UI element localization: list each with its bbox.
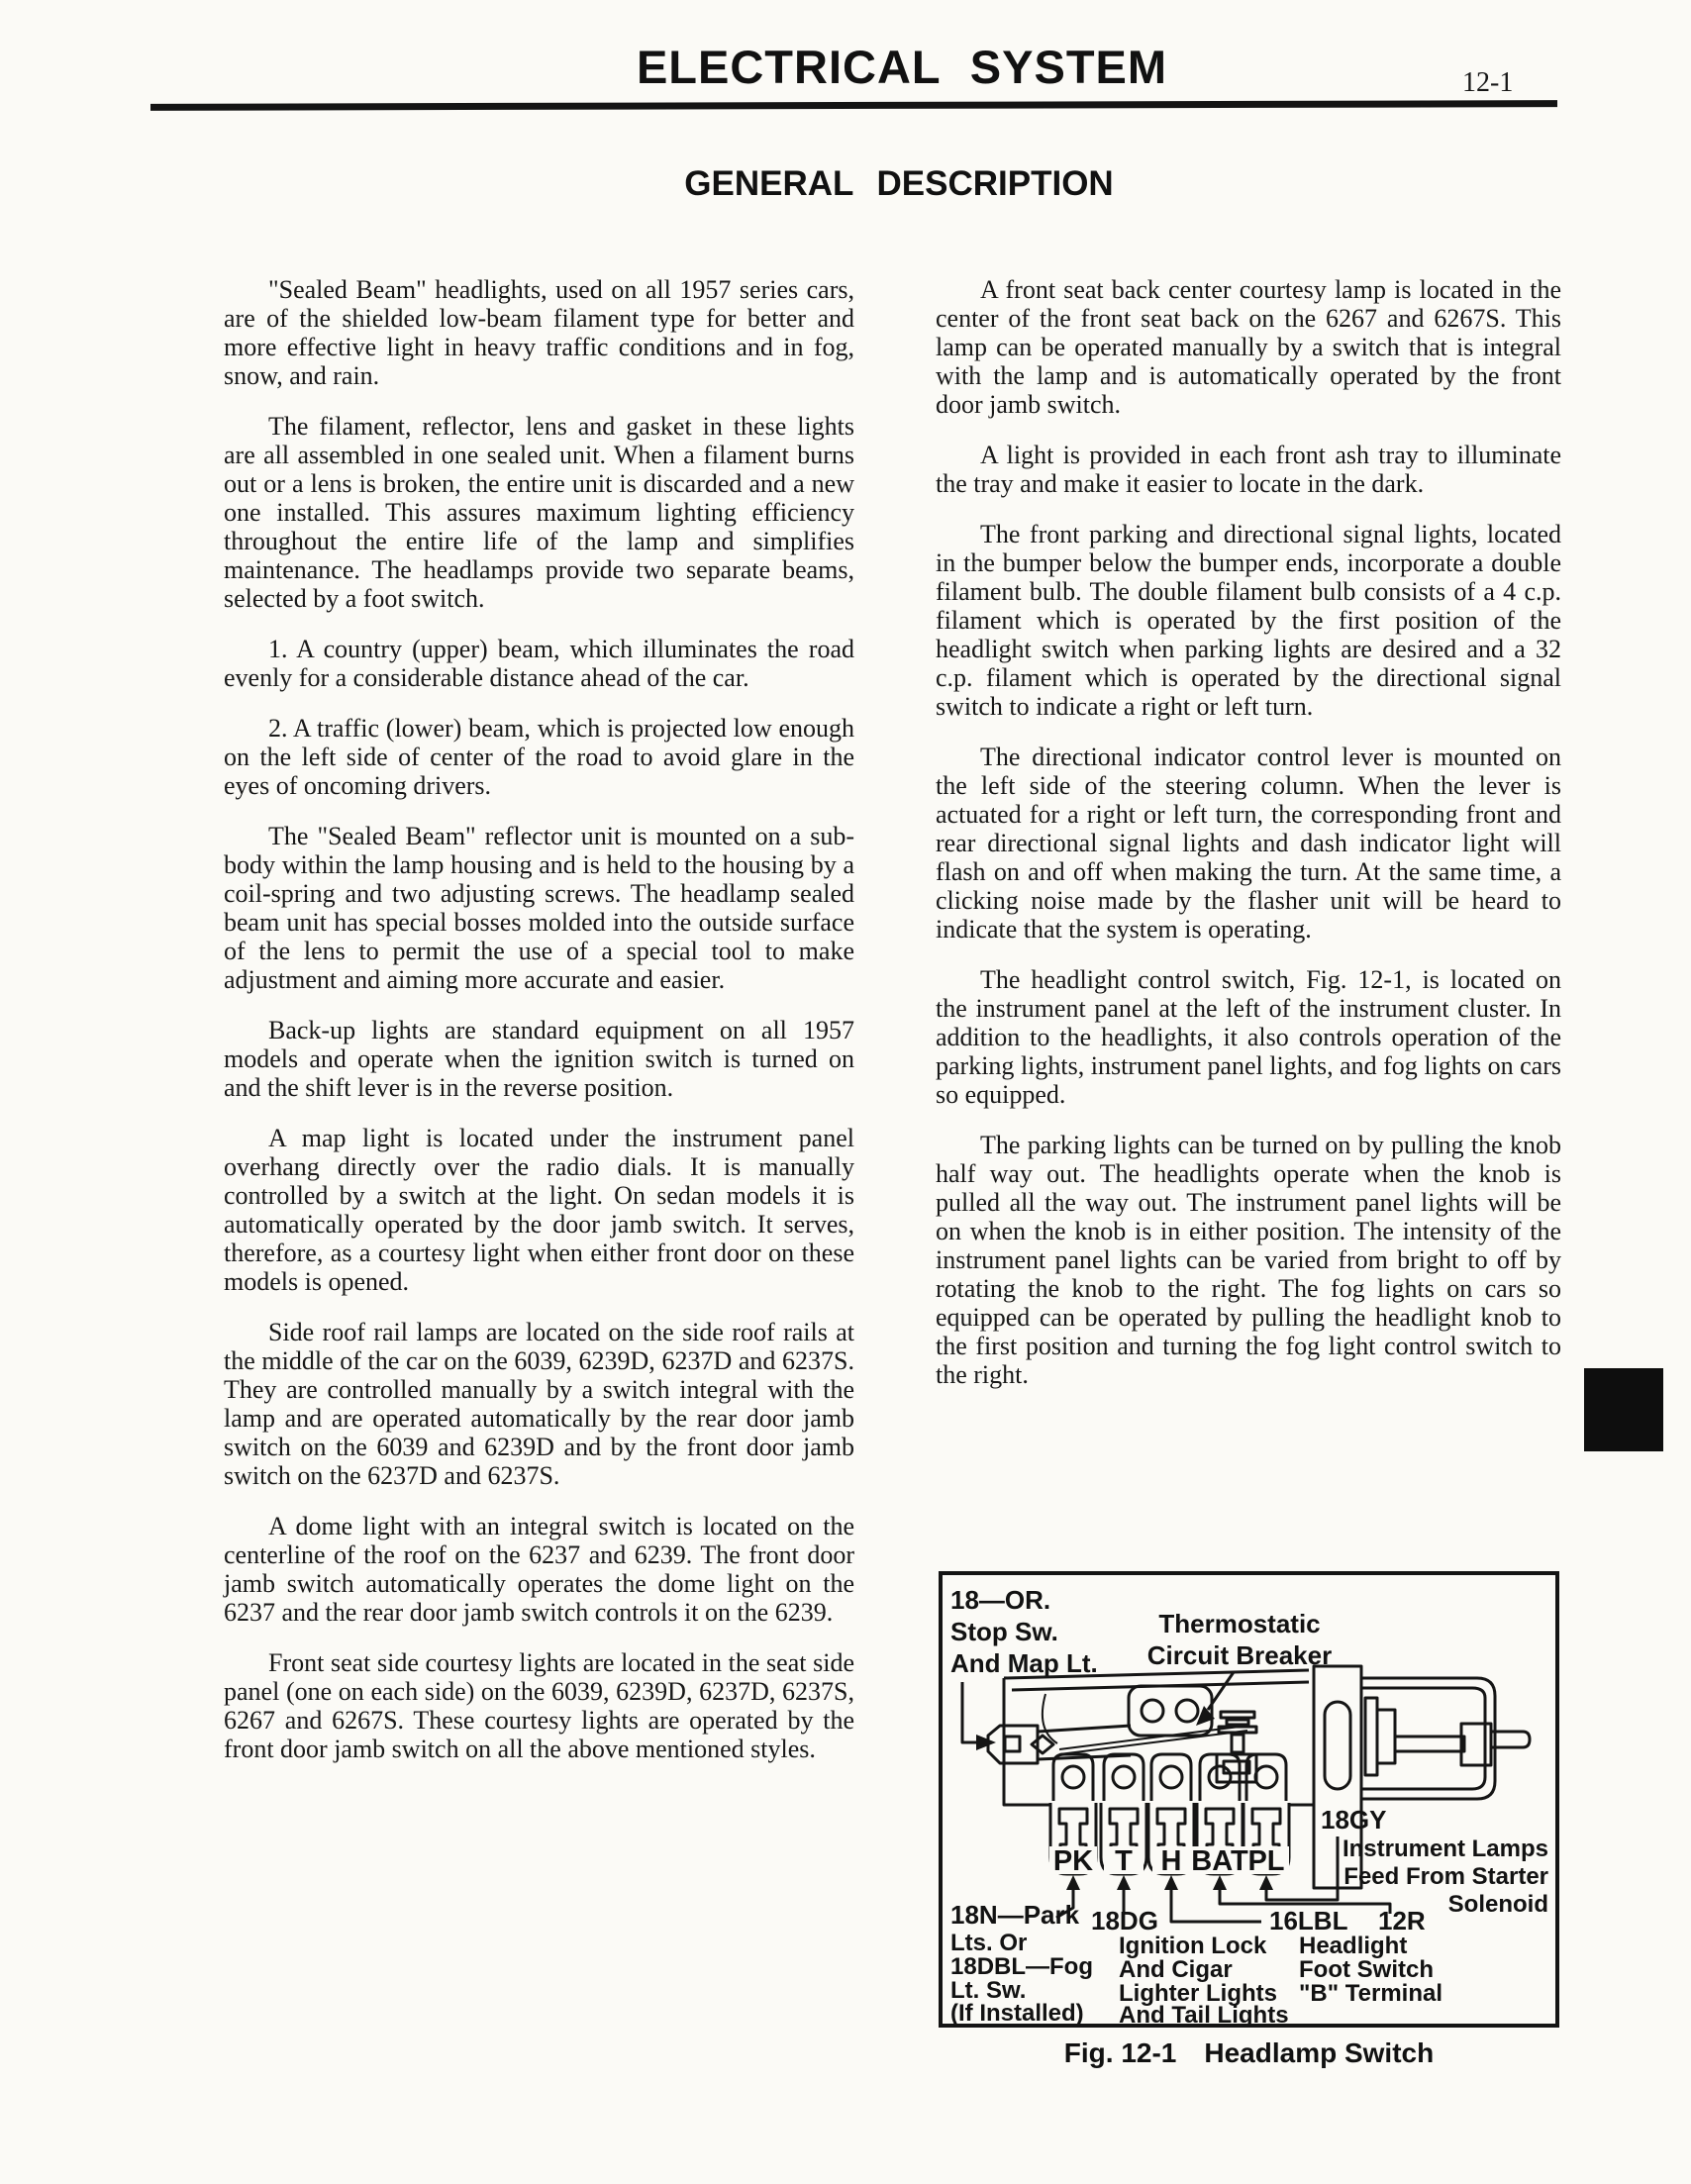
label-lts-or: Lts. Or xyxy=(950,1930,1027,1956)
label-thermostatic: Thermostatic xyxy=(1158,1609,1320,1638)
figure-caption-number: Fig. 12-1 xyxy=(1064,2037,1177,2068)
actuator-bar-top xyxy=(1038,1726,1131,1732)
label-feed-from-starter: Feed From Starter xyxy=(1343,1863,1548,1890)
label-circuit-breaker: Circuit Breaker xyxy=(1147,1640,1332,1670)
paragraph: "Sealed Beam" headlights, used on all 19… xyxy=(224,275,854,390)
paragraph: A front seat back center courtesy lamp i… xyxy=(936,275,1561,419)
bat-arrowhead xyxy=(1213,1875,1227,1890)
label-stop-sw: Stop Sw. xyxy=(950,1617,1058,1646)
label-map-lt: And Map Lt. xyxy=(950,1648,1098,1678)
paragraph: Front seat side courtesy lights are loca… xyxy=(224,1648,854,1763)
pl-arrowhead xyxy=(1259,1875,1273,1890)
paragraph: The "Sealed Beam" reflector unit is moun… xyxy=(224,822,854,994)
label-foot-switch: Foot Switch xyxy=(1299,1956,1434,1983)
breaker-disc xyxy=(1219,1727,1256,1733)
terminal-label-h: H xyxy=(1161,1845,1182,1877)
page-number: 12-1 xyxy=(1462,67,1513,99)
label-wire-or: 18—OR. xyxy=(950,1585,1050,1615)
label-headlight: Headlight xyxy=(1299,1933,1407,1959)
paragraph: The parking lights can be turned on by p… xyxy=(936,1131,1561,1389)
switch-case-outer xyxy=(1361,1678,1495,1799)
right-column: A front seat back center courtesy lamp i… xyxy=(936,275,1561,1411)
label-if-installed: (If Installed) xyxy=(950,2000,1084,2024)
stop-switch-leader xyxy=(962,1682,976,1742)
label-18gy: 18GY xyxy=(1321,1805,1387,1835)
paragraph: A map light is located under the instrum… xyxy=(224,1124,854,1296)
header-rule xyxy=(150,100,1557,111)
paragraph: The filament, reflector, lens and gasket… xyxy=(224,412,854,613)
paragraph: Back-up lights are standard equipment on… xyxy=(224,1016,854,1102)
label-ignition-lock: Ignition Lock xyxy=(1119,1933,1267,1959)
chapter-thumb-tab xyxy=(1584,1368,1663,1451)
paragraph: The headlight control switch, Fig. 12-1,… xyxy=(936,965,1561,1109)
shaft-collar xyxy=(1377,1710,1395,1763)
pk-arrowhead xyxy=(1066,1875,1080,1890)
figure-caption-title: Headlamp Switch xyxy=(1204,2037,1434,2068)
manual-page: ELECTRICAL SYSTEM 12-1 GENERAL DESCRIPTI… xyxy=(0,0,1691,2184)
label-18dg: 18DG xyxy=(1091,1906,1158,1936)
tab-hole xyxy=(1142,1700,1163,1722)
figure-caption: Fig. 12-1Headlamp Switch xyxy=(939,2037,1559,2069)
h-arrowhead xyxy=(1164,1875,1178,1890)
control-shaft xyxy=(1395,1737,1464,1751)
label-and-cigar: And Cigar xyxy=(1119,1956,1233,1983)
terminal-label-bat: BAT xyxy=(1191,1845,1248,1877)
plug-square xyxy=(1005,1737,1020,1751)
t-arrowhead xyxy=(1117,1875,1131,1890)
breaker-disc xyxy=(1227,1720,1248,1725)
label-b-terminal: "B" Terminal xyxy=(1299,1980,1442,2007)
terminal-label-pl: PL xyxy=(1247,1845,1284,1877)
label-solenoid: Solenoid xyxy=(1448,1891,1548,1918)
paragraph: A light is provided in each front ash tr… xyxy=(936,441,1561,498)
breaker-stem xyxy=(1232,1735,1243,1752)
paragraph: A dome light with an integral switch is … xyxy=(224,1512,854,1627)
section-heading: GENERAL DESCRIPTION xyxy=(684,164,1113,204)
label-18n-park: 18N—Park xyxy=(950,1900,1080,1930)
label-12r: 12R xyxy=(1378,1906,1426,1936)
label-16lbl: 16LBL xyxy=(1269,1906,1348,1936)
figure-headlamp-switch: 18—OR. Stop Sw. And Map Lt. Thermostatic… xyxy=(939,1571,1559,2028)
stop-switch-arrowhead xyxy=(976,1735,996,1750)
switch-case-inner xyxy=(1361,1688,1485,1789)
page-title: ELECTRICAL SYSTEM xyxy=(637,40,1167,94)
terminal-label-t: T xyxy=(1115,1845,1133,1877)
breaker-leader xyxy=(1208,1672,1234,1710)
headlamp-switch-diagram: 18—OR. Stop Sw. And Map Lt. Thermostatic… xyxy=(943,1575,1555,2024)
shaft-collar xyxy=(1365,1698,1377,1775)
bracket-slot xyxy=(1325,1702,1350,1789)
label-instrument-lamps: Instrument Lamps xyxy=(1343,1836,1548,1862)
label-and-tail-lights: And Tail Lights xyxy=(1119,2002,1289,2024)
paragraph: Side roof rail lamps are located on the … xyxy=(224,1318,854,1490)
paragraph: 2. A traffic (lower) beam, which is proj… xyxy=(224,714,854,800)
label-18dbl-fog: 18DBL—Fog xyxy=(950,1953,1093,1980)
tab-hole xyxy=(1176,1700,1198,1722)
paragraph: 1. A country (upper) beam, which illumin… xyxy=(224,635,854,692)
breaker-disc xyxy=(1221,1712,1254,1718)
paragraph: The front parking and directional signal… xyxy=(936,520,1561,721)
shaft-tip xyxy=(1491,1732,1530,1747)
left-column: "Sealed Beam" headlights, used on all 19… xyxy=(224,275,854,1785)
paragraph: The directional indicator control lever … xyxy=(936,743,1561,943)
terminal-label-pk: PK xyxy=(1053,1845,1093,1877)
